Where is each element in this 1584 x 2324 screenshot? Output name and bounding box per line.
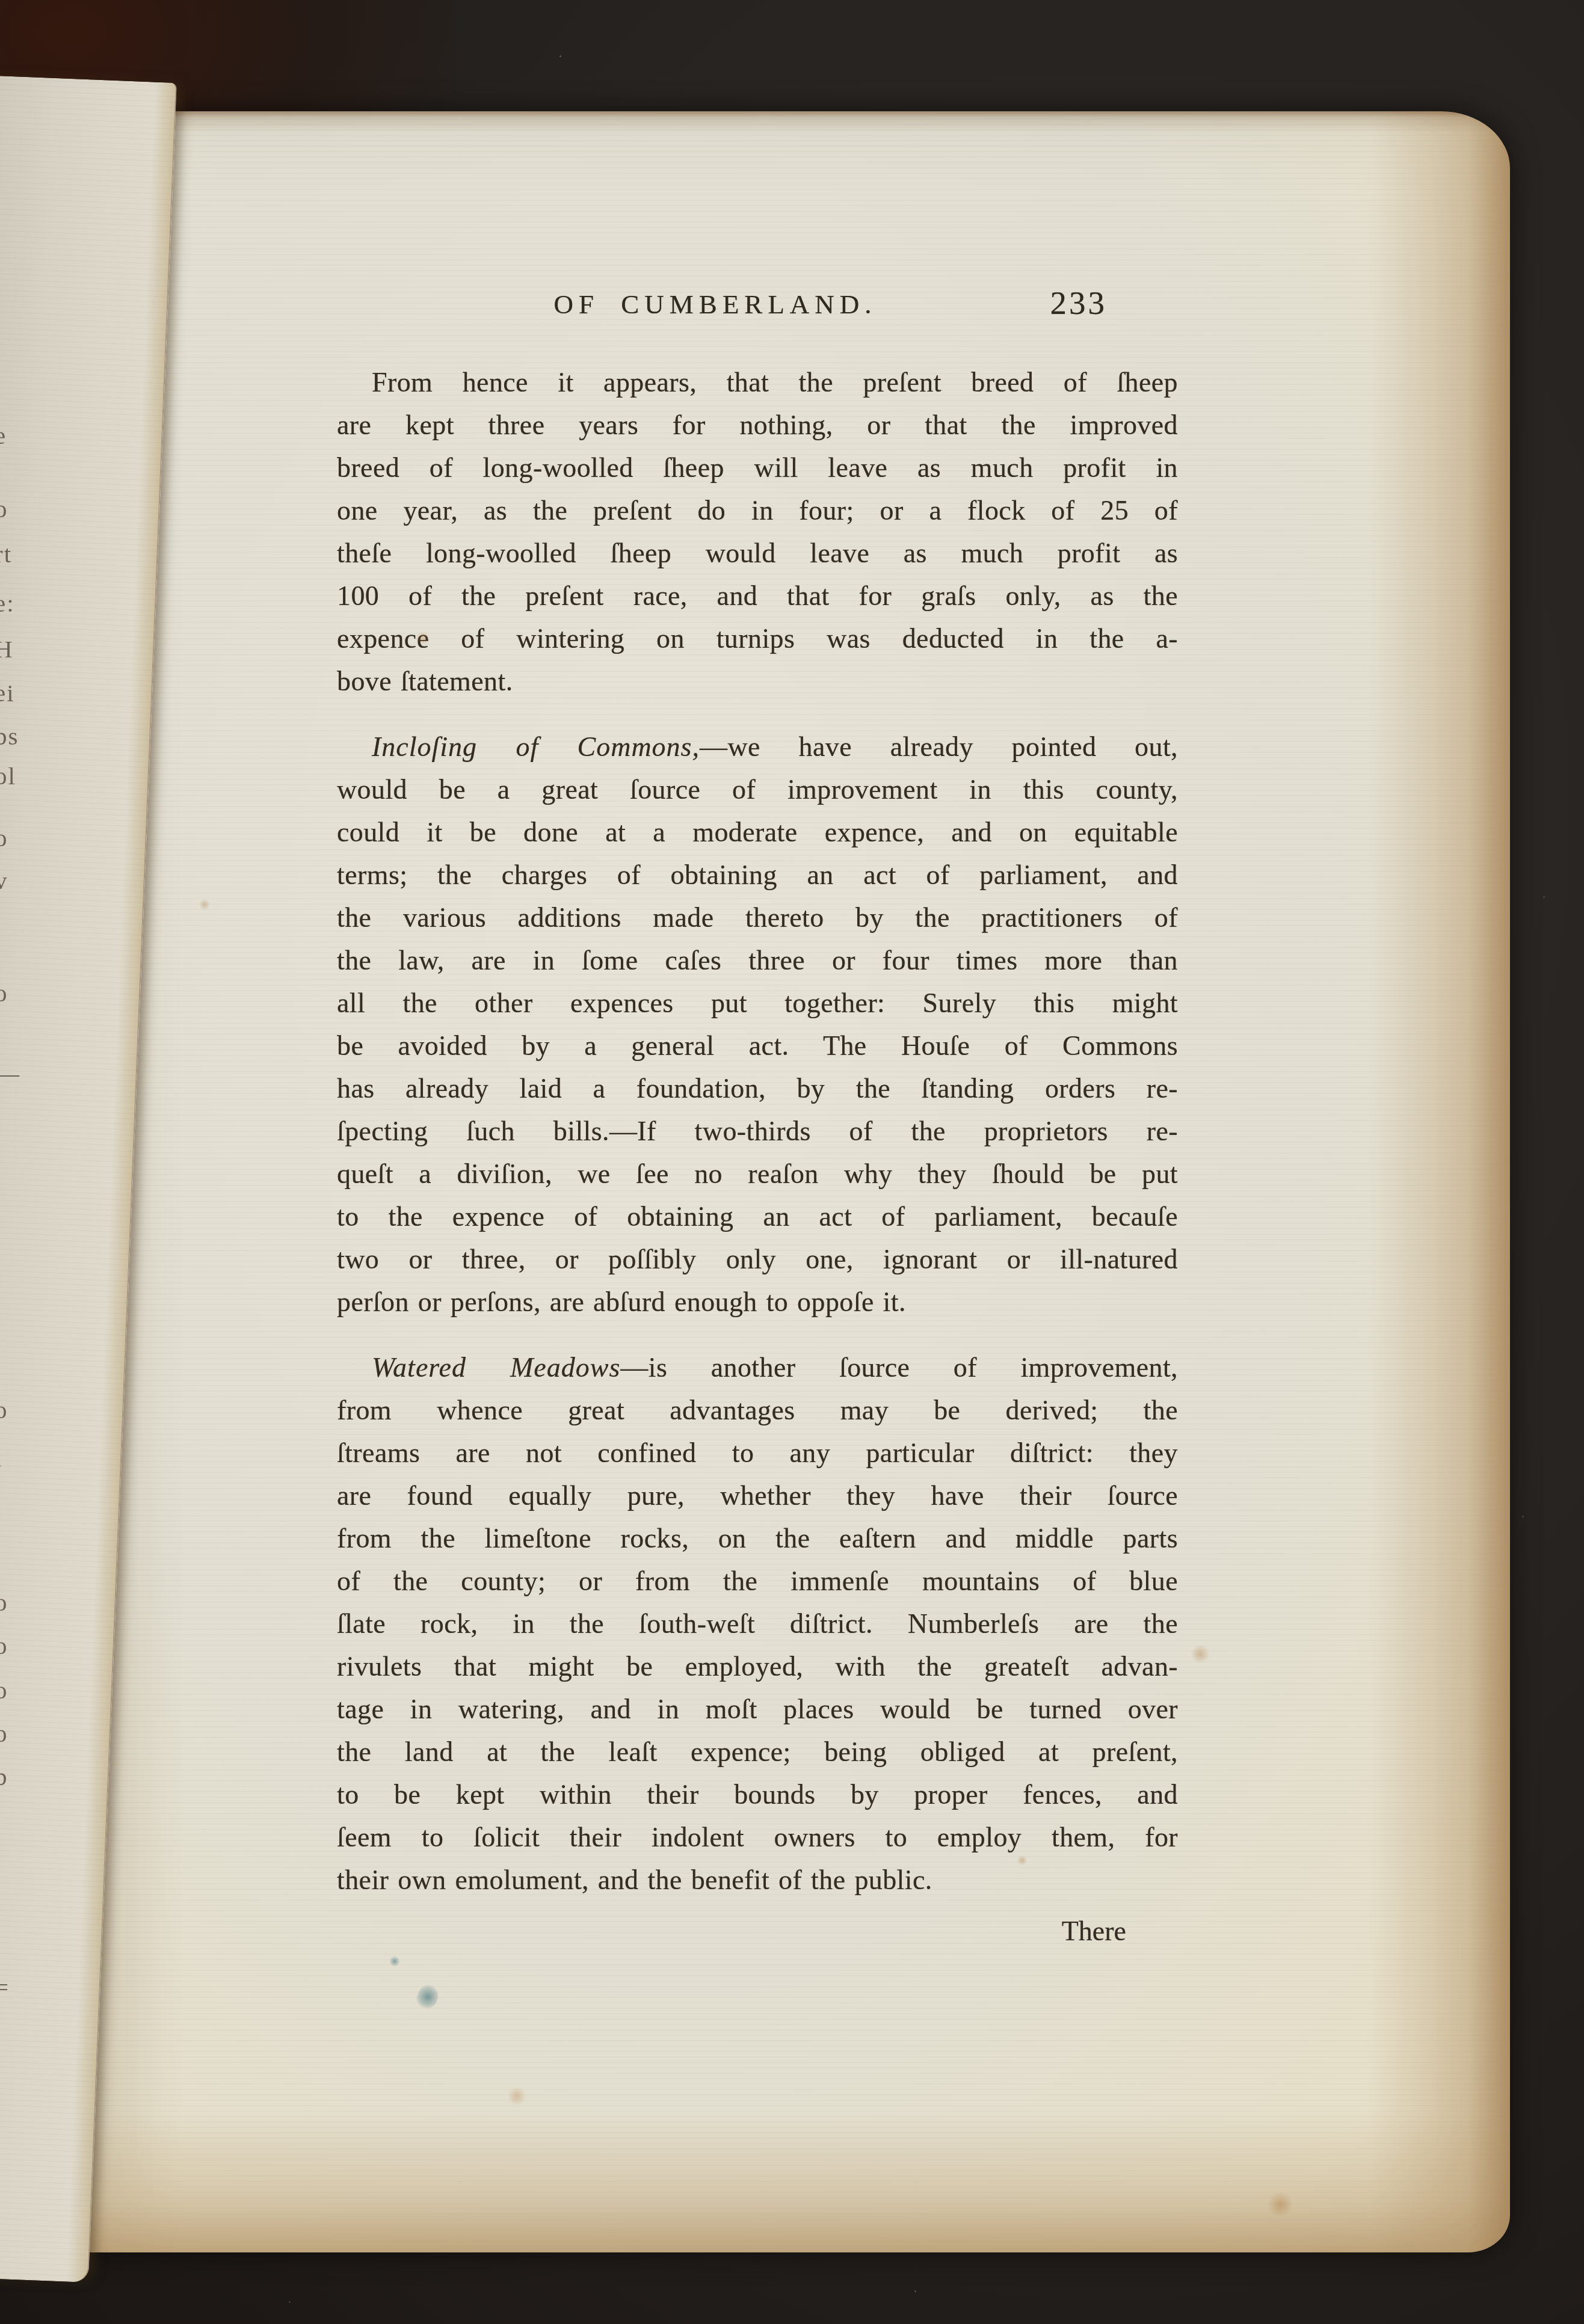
text-line: tage in watering, and in moſt places wou… xyxy=(337,1688,1178,1730)
text-line: queſt a diviſion, we ſee no reaſon why t… xyxy=(337,1152,1178,1195)
text-line: two or three, or poſſibly only one, igno… xyxy=(337,1238,1178,1280)
italic-lead: Watered Meadows xyxy=(372,1352,620,1383)
page-text-block: OF CUMBERLAND. 233 From hence it appears… xyxy=(337,289,1178,1952)
lead-continuation: —is another ſource of improvement, xyxy=(620,1352,1178,1383)
text-line: of the county; or from the immenſe mount… xyxy=(337,1560,1178,1602)
book-page: OF CUMBERLAND. 233 From hence it appears… xyxy=(78,111,1510,2252)
text-line: from the limeſtone rocks, on the eaſtern… xyxy=(337,1517,1178,1560)
text-line: are found equally pure, whether they hav… xyxy=(337,1474,1178,1517)
text-line: theſe long-woolled ſheep would leave as … xyxy=(337,532,1178,574)
text-line: terms; the charges of obtaining an act o… xyxy=(337,853,1178,896)
text-line: the land at the leaſt expence; being obl… xyxy=(337,1730,1178,1773)
text-line: 100 of the preſent race, and that for gr… xyxy=(337,574,1178,617)
text-line: all the other expences put together: Sur… xyxy=(337,982,1178,1024)
ink-smudge xyxy=(390,1956,399,1967)
edge-glyph: e xyxy=(0,421,7,450)
photographed-book-page: { "document": { "running_title": "OF CUM… xyxy=(0,0,1584,2324)
text-line: ſlate rock, in the ſouth-weſt diſtrict. … xyxy=(337,1602,1178,1645)
text-line: ſtreams are not confined to any particul… xyxy=(337,1431,1178,1474)
body-copy: From hence it appears, that the preſent … xyxy=(337,361,1178,1952)
text-line: Incloſing of Commons,—we have already po… xyxy=(337,725,1178,768)
dust-speck xyxy=(914,2290,916,2292)
italic-lead: Incloſing of Commons, xyxy=(372,731,700,762)
dust-speck xyxy=(1522,1516,1524,1517)
edge-glyph: ol xyxy=(0,761,16,790)
paragraph: From hence it appears, that the preſent … xyxy=(337,361,1178,702)
foxing-spot xyxy=(1017,1855,1028,1865)
text-line: be avoided by a general act. The Houſe o… xyxy=(337,1024,1178,1067)
edge-glyph: ei xyxy=(0,678,15,707)
text-line: one year, as the preſent do in four; or … xyxy=(337,489,1178,532)
edge-glyph: o xyxy=(0,1395,8,1424)
text-line: has already laid a foundation, by the ſt… xyxy=(337,1067,1178,1110)
dust-speck xyxy=(559,55,561,57)
edge-glyph: o xyxy=(0,1719,8,1748)
text-line: breed of long-woolled ſheep will leave a… xyxy=(337,446,1178,489)
page-number-label: 233 xyxy=(1050,284,1108,322)
paragraph: Incloſing of Commons,—we have already po… xyxy=(337,725,1178,1323)
dust-speck xyxy=(1543,896,1545,898)
edge-glyph: o xyxy=(0,979,8,1007)
text-line: their own emolument, and the benefit of … xyxy=(337,1858,1178,1901)
edge-glyph: o xyxy=(0,1588,8,1617)
text-line: Watered Meadows—is another ſource of imp… xyxy=(337,1346,1178,1389)
text-line: from whence great advantages may be deri… xyxy=(337,1389,1178,1431)
foxing-spot xyxy=(1190,1645,1210,1663)
edge-glyph: l xyxy=(0,1443,2,1472)
edge-glyph: o xyxy=(0,1631,8,1660)
edge-glyph: o xyxy=(0,823,8,852)
text-line: perſon or perſons, are abſurd enough to … xyxy=(337,1280,1178,1323)
edge-glyph: e: xyxy=(0,589,15,618)
foxing-spot xyxy=(199,899,211,910)
edge-glyph: = xyxy=(0,1973,10,2002)
edge-glyph: rt xyxy=(0,539,12,568)
edge-glyph: — xyxy=(0,1059,20,1087)
text-line: are kept three years for nothing, or tha… xyxy=(337,404,1178,446)
edge-glyph: b xyxy=(0,1762,8,1791)
edge-glyph: v xyxy=(0,866,8,895)
lead-continuation: —we have already pointed out, xyxy=(700,731,1178,762)
foxing-spot xyxy=(507,2087,527,2105)
text-line: expence of wintering on turnips was dedu… xyxy=(337,617,1178,660)
catchword: There xyxy=(337,1910,1178,1952)
text-line: to the expence of obtaining an act of pa… xyxy=(337,1195,1178,1238)
paragraph: Watered Meadows—is another ſource of imp… xyxy=(337,1346,1178,1901)
page-header: OF CUMBERLAND. 233 xyxy=(337,289,1178,331)
text-line: to be kept within their bounds by proper… xyxy=(337,1773,1178,1816)
text-line: rivulets that might be employed, with th… xyxy=(337,1645,1178,1688)
text-line: would be a great ſource of improvement i… xyxy=(337,768,1178,811)
text-line: ſeem to ſolicit their indolent owners to… xyxy=(337,1816,1178,1858)
opposite-page-edge-text: e o rt e: H ei bs ol o v o — o l o o o o… xyxy=(0,0,36,2324)
foxing-spot xyxy=(1266,2192,1294,2216)
text-line: bove ſtatement. xyxy=(337,660,1178,702)
running-title: OF CUMBERLAND. xyxy=(554,289,877,320)
edge-glyph: bs xyxy=(0,722,19,751)
edge-glyph: o xyxy=(0,494,8,523)
text-line: could it be done at a moderate expence, … xyxy=(337,811,1178,853)
foxing-spot xyxy=(415,632,431,645)
text-line: the various additions made thereto by th… xyxy=(337,896,1178,939)
edge-glyph: H xyxy=(0,635,14,663)
text-line: ſpecting ſuch bills.—If two-thirds of th… xyxy=(337,1110,1178,1152)
edge-glyph: o xyxy=(0,1676,8,1705)
dust-speck xyxy=(289,2301,291,2303)
text-line: the law, are in ſome caſes three or four… xyxy=(337,939,1178,982)
text-line: From hence it appears, that the preſent … xyxy=(337,361,1178,404)
